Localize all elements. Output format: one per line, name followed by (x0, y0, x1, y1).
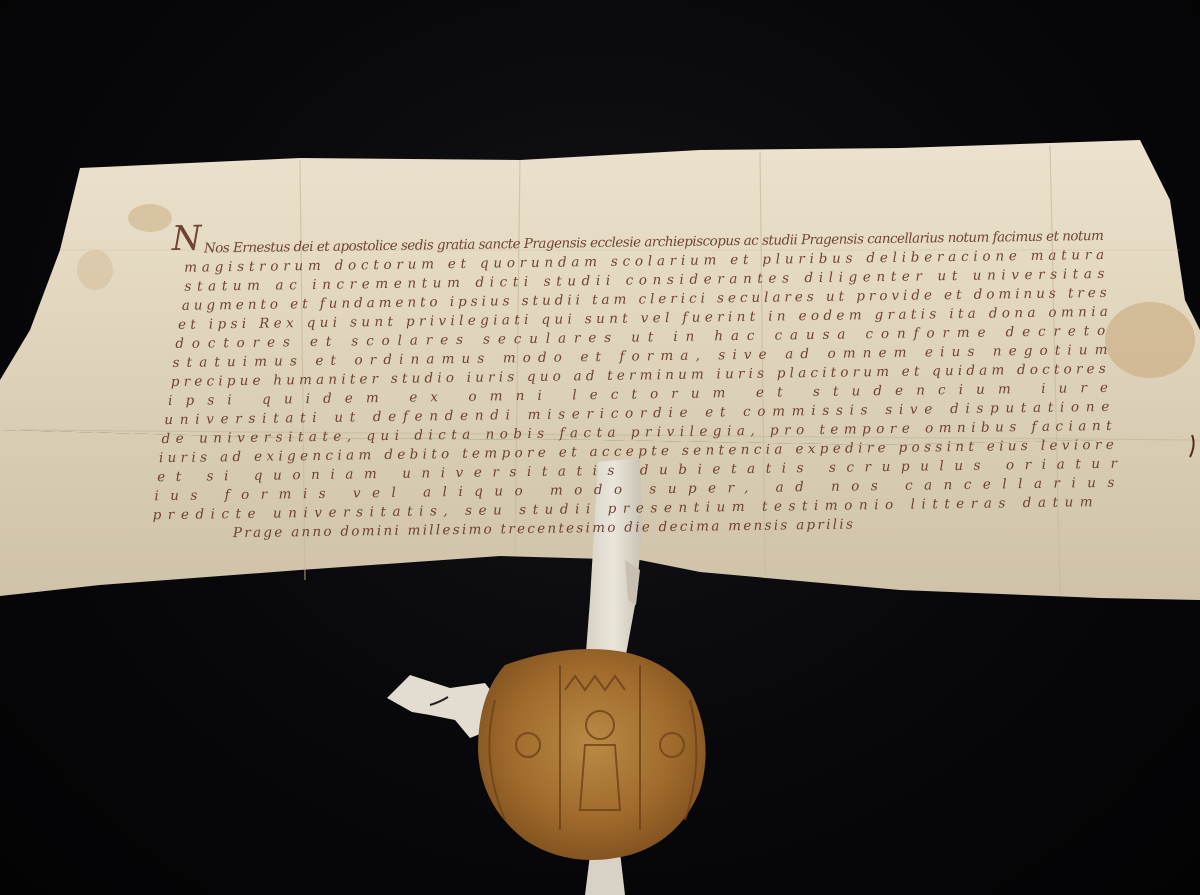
text-line: predicte universitatis, seu studii prese… (153, 494, 1093, 523)
charter-text: N Nos Ernestus dei et apostolice sedis g… (0, 0, 1200, 895)
text-line: precipue humaniter studio iuris quo ad t… (171, 361, 1106, 390)
initial-letter: N (170, 218, 203, 259)
text-line: Prage anno domini millesimo trecentesimo… (232, 516, 853, 541)
text-line: Nos Ernestus dei et apostolice sedis gra… (203, 228, 1104, 257)
